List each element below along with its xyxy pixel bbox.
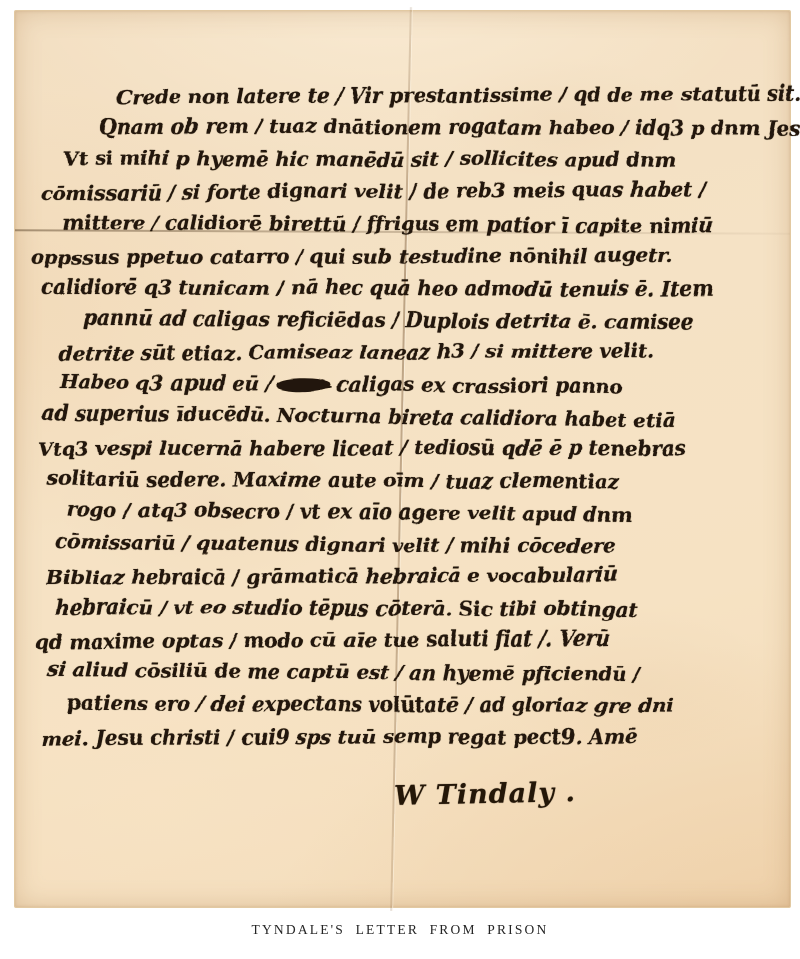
letter-line-text: qd maxime optas / modo cū aīe tue saluti… — [35, 626, 610, 654]
letter-line: mittere / calidiorē birettū / ffrigus em… — [63, 210, 713, 237]
letter-line-text: hebraicū / vt eo studio tēpus cōterā. Si… — [55, 595, 637, 621]
letter-line-text: Habeo q3 apud eū / — [59, 370, 273, 396]
letter-line-text: patiens ero / dei expectans volūtatē / a… — [67, 690, 674, 717]
letter-line: cōmissariū / quatenus dignari velit / mi… — [55, 530, 616, 558]
letter-line-text: caligas ex crassiori panno — [337, 372, 623, 398]
letter-line: Crede non latere te / Vir prestantissime… — [116, 81, 800, 109]
letter-body: Crede non latere te / Vir prestantissime… — [15, 11, 790, 907]
letter-line-text: cōmissariū / si forte dignari velit / de… — [41, 177, 707, 206]
letter-line: calidiorē q3 tunicam / nā hec quā heo ad… — [41, 275, 713, 301]
letter-line: Vt si mihi p hyemē hic manēdū sit / soll… — [63, 146, 675, 171]
letter-line: rogo / atq3 obsecro / vt ex aīo agere ve… — [67, 497, 633, 527]
caption: TYNDALE'S LETTER FROM PRISON — [0, 922, 800, 938]
letter-line: cōmissariū / si forte dignari velit / de… — [41, 177, 707, 206]
letter-line-text: Vtq3 vespi lucernā habere liceat / tedio… — [37, 435, 685, 461]
ink-scribble-mark — [277, 378, 331, 392]
letter-line-text: Crede non latere te / Vir prestantissime… — [116, 81, 800, 109]
letter-line: oppssus ppetuo catarro / qui sub testudi… — [31, 243, 672, 269]
letter-line-text: solitariū sedere. Maxime aute oīm / tuaz… — [47, 467, 619, 494]
letter-line: ad superius īducēdū. Nocturna bireta cal… — [41, 400, 676, 432]
letter-line-text: detrite sūt etiaz. Camiseaz laneaz h3 / … — [59, 338, 654, 365]
letter-line: detrite sūt etiaz. Camiseaz laneaz h3 / … — [59, 338, 654, 365]
letter-line: qd maxime optas / modo cū aīe tue saluti… — [35, 626, 610, 654]
letter-line-text: Qnam ob rem / tuaz dnātionem rogatam hab… — [99, 114, 800, 141]
letter-line: Bibliaz hebraicā / grāmaticā hebraicā e … — [47, 563, 617, 590]
letter-line: si aliud cōsiliū de me captū est / an hy… — [47, 657, 640, 686]
manuscript-paper: Crede non latere te / Vir prestantissime… — [14, 10, 791, 908]
letter-line: hebraicū / vt eo studio tēpus cōterā. Si… — [55, 595, 637, 621]
letter-line-text: pannū ad caligas reficiēdas / Duplois de… — [83, 306, 693, 334]
letter-line: mei. Jesu christi / cui9 sps tuū semp re… — [41, 724, 637, 750]
letter-line: patiens ero / dei expectans volūtatē / a… — [67, 690, 674, 717]
letter-line-text: cōmissariū / quatenus dignari velit / mi… — [55, 530, 616, 558]
letter-line-text: Vt si mihi p hyemē hic manēdū sit / soll… — [63, 146, 675, 171]
letter-line: Habeo q3 apud eū /caligas ex crassiori p… — [59, 370, 623, 399]
letter-line: Vtq3 vespi lucernā habere liceat / tedio… — [37, 435, 685, 461]
letter-line-text: Bibliaz hebraicā / grāmaticā hebraicā e … — [47, 563, 617, 590]
scanned-letter-page: Crede non latere te / Vir prestantissime… — [0, 0, 800, 959]
signature: W Tindaly . — [394, 777, 576, 812]
letter-line: solitariū sedere. Maxime aute oīm / tuaz… — [47, 467, 619, 494]
letter-line-text: si aliud cōsiliū de me captū est / an hy… — [47, 657, 640, 686]
letter-line-text: oppssus ppetuo catarro / qui sub testudi… — [31, 243, 672, 269]
letter-line-text: calidiorē q3 tunicam / nā hec quā heo ad… — [41, 275, 713, 301]
letter-line-text: ad superius īducēdū. Nocturna bireta cal… — [41, 400, 676, 432]
letter-line-text: mei. Jesu christi / cui9 sps tuū semp re… — [41, 724, 637, 750]
letter-line: pannū ad caligas reficiēdas / Duplois de… — [83, 306, 693, 334]
letter-line-text: rogo / atq3 obsecro / vt ex aīo agere ve… — [67, 497, 633, 527]
letter-line: Qnam ob rem / tuaz dnātionem rogatam hab… — [99, 114, 800, 141]
letter-line-text: mittere / calidiorē birettū / ffrigus em… — [63, 210, 713, 237]
